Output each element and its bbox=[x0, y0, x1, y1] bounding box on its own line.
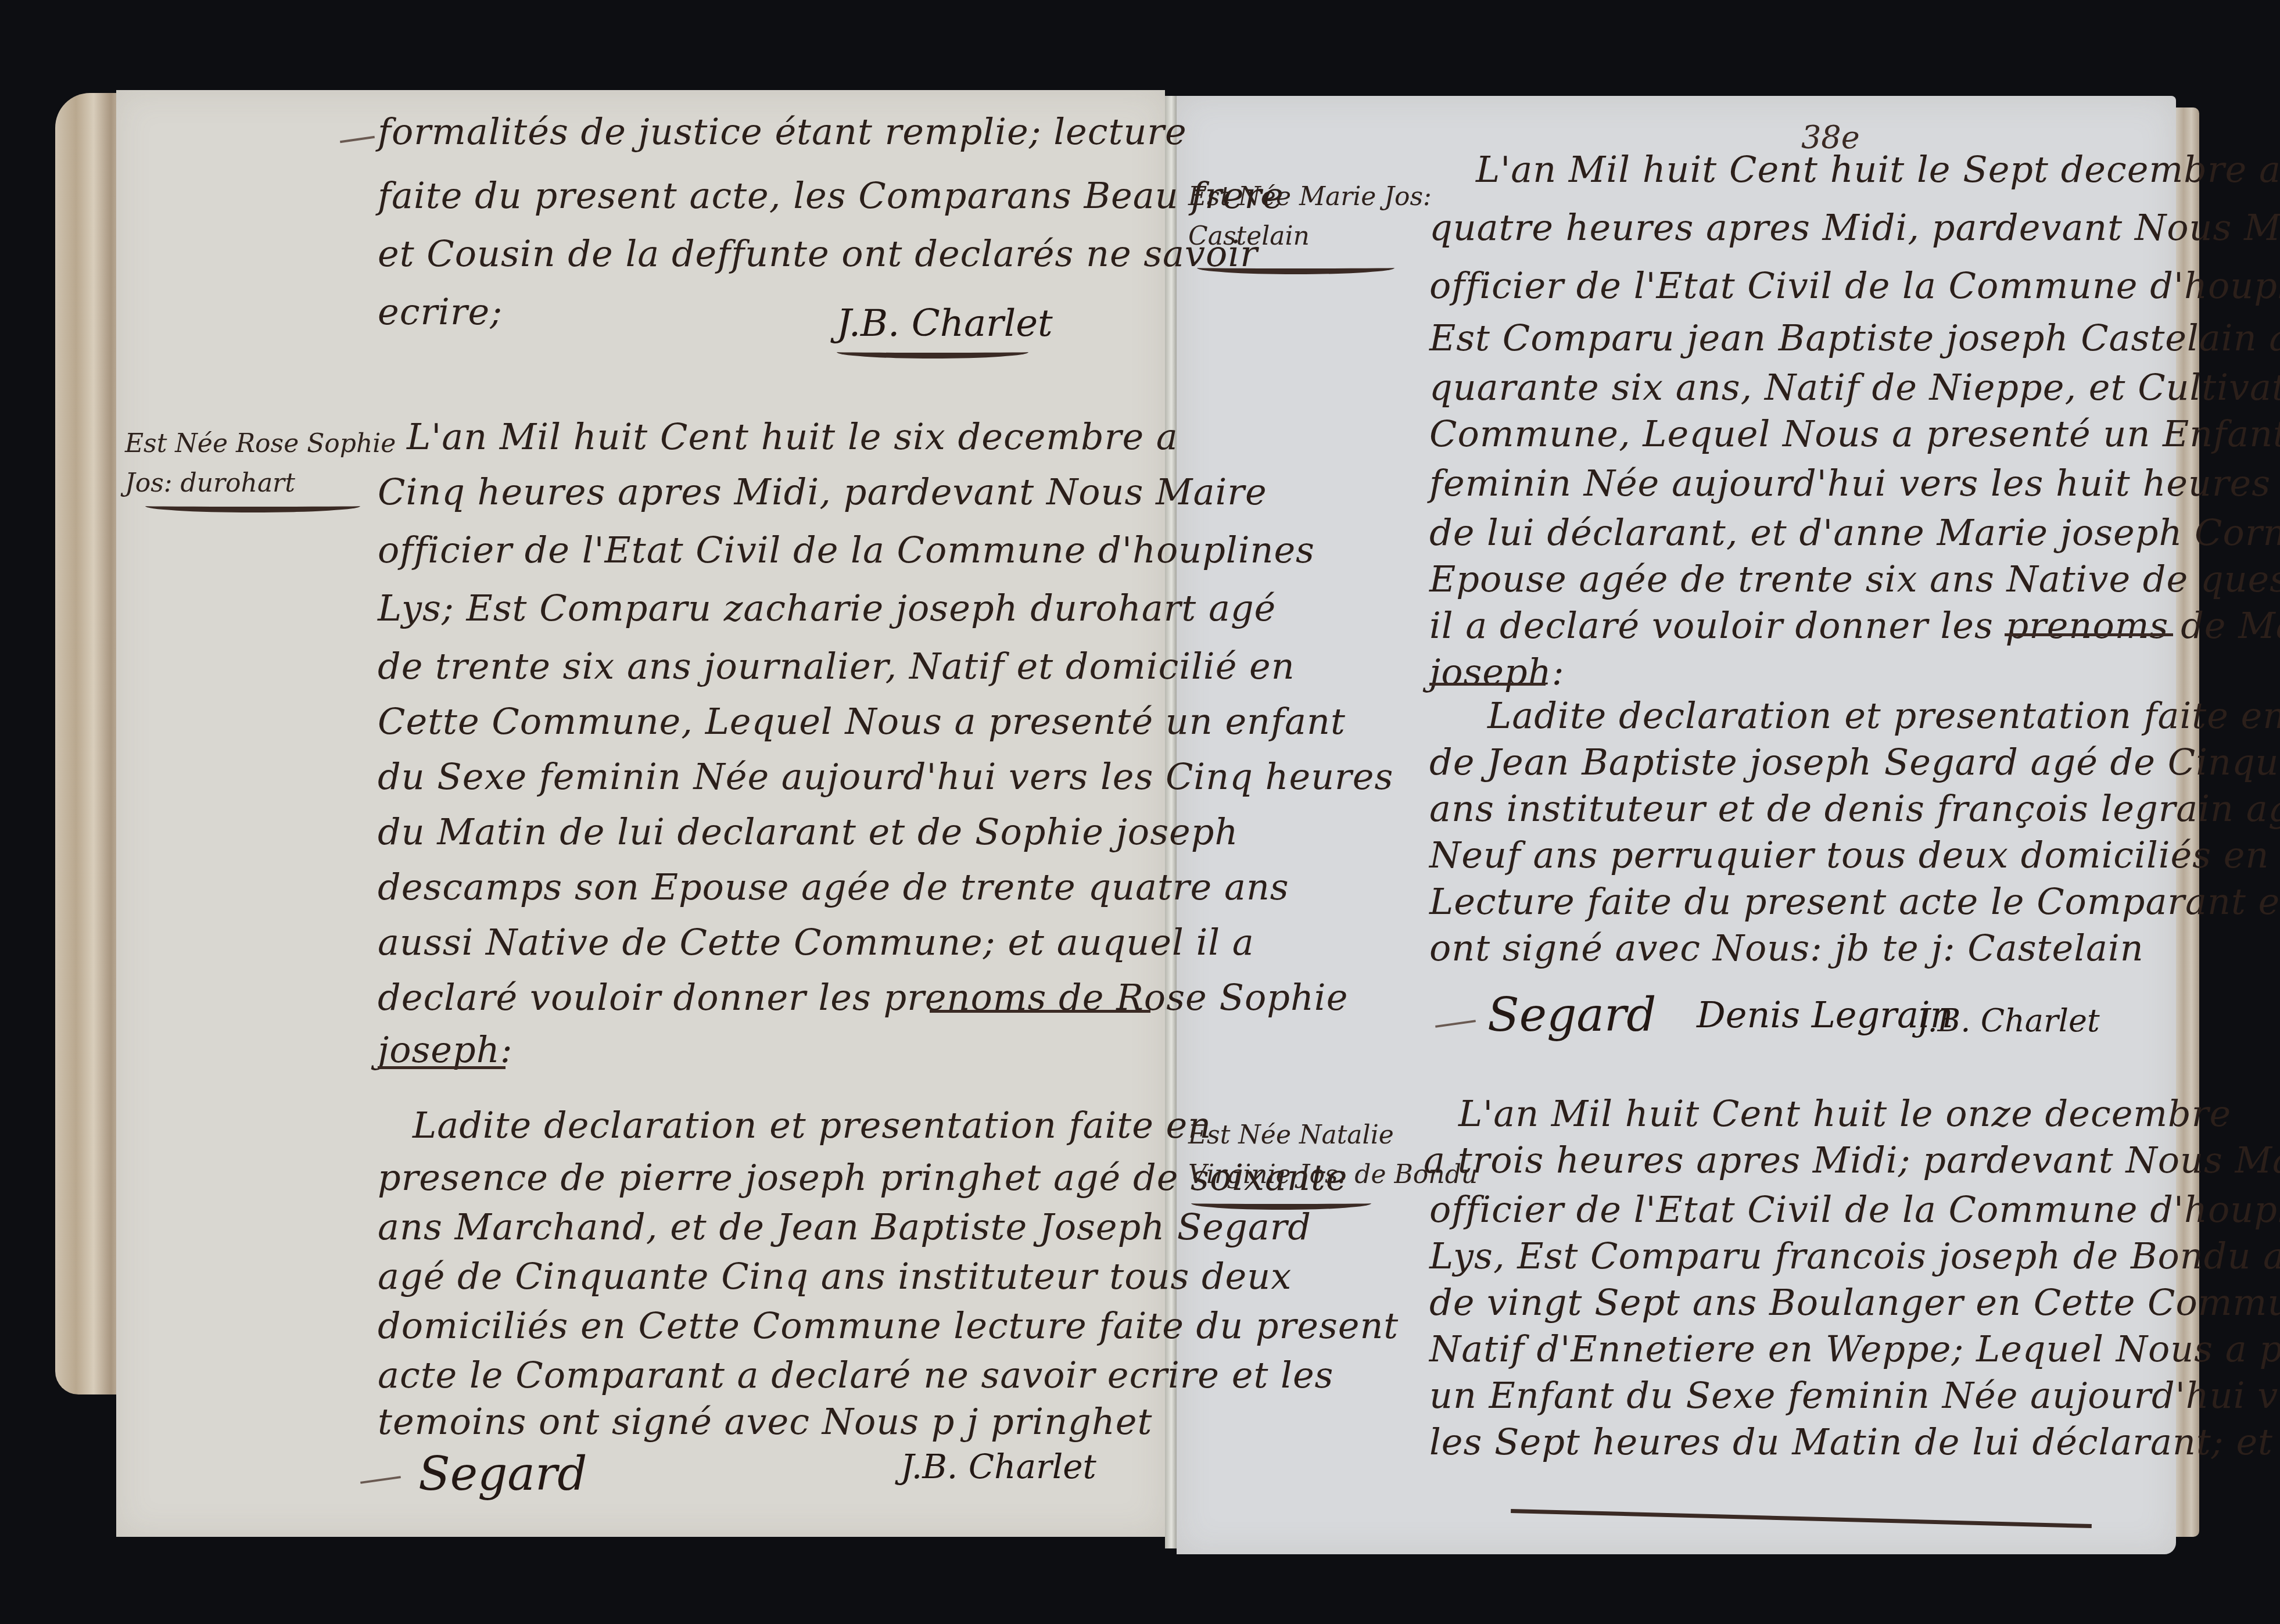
text-line: de lui déclarant, et d'anne Marie joseph… bbox=[1429, 511, 2280, 554]
text-line: acte le Comparant a declaré ne savoir ec… bbox=[378, 1354, 1333, 1396]
text-line: Cette Commune, Lequel Nous a presenté un… bbox=[378, 700, 1346, 743]
margin-note-entry: Est Née Rose Sophie Jos: durohart bbox=[125, 424, 396, 503]
text-line: temoins ont signé avec Nous p j pringhet bbox=[378, 1400, 1152, 1443]
mayor-signature: J.B. Charlet bbox=[1917, 1002, 2100, 1039]
text-line: Epouse agée de trente six ans Native de … bbox=[1429, 558, 2280, 600]
name-underline bbox=[1429, 683, 1546, 686]
text-line: ans Marchand, et de Jean Baptiste Joseph… bbox=[378, 1206, 1311, 1248]
text-line: aussi Native de Cette Commune; et auquel… bbox=[378, 921, 1254, 963]
mayor-signature: J.B. Charlet bbox=[901, 1447, 1096, 1486]
text-line: quatre heures apres Midi, pardevant Nous… bbox=[1429, 206, 2280, 249]
text-line: il a declaré vouloir donner les prenoms … bbox=[1429, 604, 2280, 647]
text-line: Cinq heures apres Midi, pardevant Nous M… bbox=[378, 471, 1267, 513]
book-page-stack-left bbox=[55, 93, 125, 1394]
margin-flourish bbox=[1197, 261, 1394, 274]
text-line: faite du present acte, les Comparans Bea… bbox=[378, 174, 1284, 217]
text-line: les Sept heures du Matin de lui déclaran… bbox=[1429, 1421, 2273, 1463]
text-line: L'an Mil huit Cent huit le Sept decembre… bbox=[1476, 148, 2280, 191]
text-line: du Matin de lui declarant et de Sophie j… bbox=[378, 811, 1238, 853]
text-line: feminin Née aujourd'hui vers les huit he… bbox=[1429, 462, 2280, 504]
text-line: L'an Mil huit Cent huit le onze decembre bbox=[1458, 1092, 2231, 1135]
witness-signature: Segard bbox=[418, 1447, 587, 1501]
text-line: Lecture faite du present acte le Compara… bbox=[1429, 880, 2280, 923]
name-underline bbox=[930, 1010, 1150, 1013]
text-line: domiciliés en Cette Commune lecture fait… bbox=[378, 1304, 1399, 1347]
text-line: officier de l'Etat Civil de la Commune d… bbox=[1429, 1188, 2280, 1231]
name-underline bbox=[378, 1066, 506, 1069]
text-line: ont signé avec Nous: jb te j: Castelain bbox=[1429, 927, 2144, 969]
text-line: du Sexe feminin Née aujourd'hui vers les… bbox=[378, 755, 1393, 798]
text-line: et Cousin de la deffunte ont declarés ne… bbox=[378, 232, 1258, 275]
text-line: joseph: bbox=[378, 1028, 513, 1071]
signature-flourish bbox=[837, 346, 1028, 359]
margin-flourish bbox=[145, 500, 360, 512]
text-line: Est Comparu jean Baptiste joseph Castela… bbox=[1429, 317, 2280, 359]
text-line: Lys; Est Comparu zacharie joseph durohar… bbox=[378, 587, 1276, 629]
witness-signature: Denis Legrain bbox=[1697, 994, 1953, 1036]
text-line: de vingt Sept ans Boulanger en Cette Com… bbox=[1429, 1281, 2280, 1324]
text-line: a trois heures apres Midi; pardevant Nou… bbox=[1424, 1139, 2280, 1181]
text-line: Ladite declaration et presentation faite… bbox=[1487, 694, 2280, 737]
text-line: descamps son Epouse agée de trente quatr… bbox=[378, 866, 1289, 908]
text-line: de Jean Baptiste joseph Segard agé de Ci… bbox=[1429, 741, 2280, 783]
text-line: ans instituteur et de denis françois leg… bbox=[1429, 787, 2280, 830]
text-line: Ladite declaration et presentation faite… bbox=[413, 1104, 1211, 1146]
margin-note-line: Est Née Rose Sophie bbox=[125, 424, 396, 464]
text-line: ecrire; bbox=[378, 291, 503, 333]
text-line: officier de l'Etat Civil de la Commune d… bbox=[378, 529, 1315, 571]
text-line: Neuf ans perruquier tous deux domiciliés… bbox=[1429, 834, 2280, 876]
margin-flourish bbox=[1191, 1197, 1371, 1210]
text-line: Commune, Lequel Nous a presenté un Enfan… bbox=[1429, 413, 2280, 455]
name-underline bbox=[2005, 633, 2173, 636]
mayor-signature: J.B. Charlet bbox=[837, 302, 1053, 345]
text-line: Lys, Est Comparu francois joseph de Bond… bbox=[1429, 1235, 2280, 1277]
text-line: formalités de justice étant remplie; lec… bbox=[378, 110, 1187, 153]
text-line: de trente six ans journalier, Natif et d… bbox=[378, 645, 1295, 687]
text-line: declaré vouloir donner les prenoms de Ro… bbox=[378, 976, 1348, 1019]
margin-note-line: Castelain bbox=[1188, 217, 1432, 256]
margin-note-entry: Est Née Marie Jos: Castelain bbox=[1188, 177, 1432, 256]
margin-note-line: Est Née Marie Jos: bbox=[1188, 177, 1432, 217]
text-line: L'an Mil huit Cent huit le six decembre … bbox=[407, 415, 1178, 458]
text-line: joseph: bbox=[1429, 651, 1565, 693]
text-line: agé de Cinquante Cinq ans instituteur to… bbox=[378, 1255, 1292, 1297]
text-line: un Enfant du Sexe feminin Née aujourd'hu… bbox=[1429, 1374, 2280, 1417]
text-line: officier de l'Etat Civil de la Commune d… bbox=[1429, 264, 2280, 307]
witness-signature: Segard bbox=[1487, 988, 1657, 1042]
margin-note-line: Jos: durohart bbox=[125, 464, 396, 503]
text-line: quarante six ans, Natif de Nieppe, et Cu… bbox=[1429, 366, 2280, 408]
text-line: Natif d'Ennetiere en Weppe; Lequel Nous … bbox=[1429, 1328, 2280, 1370]
